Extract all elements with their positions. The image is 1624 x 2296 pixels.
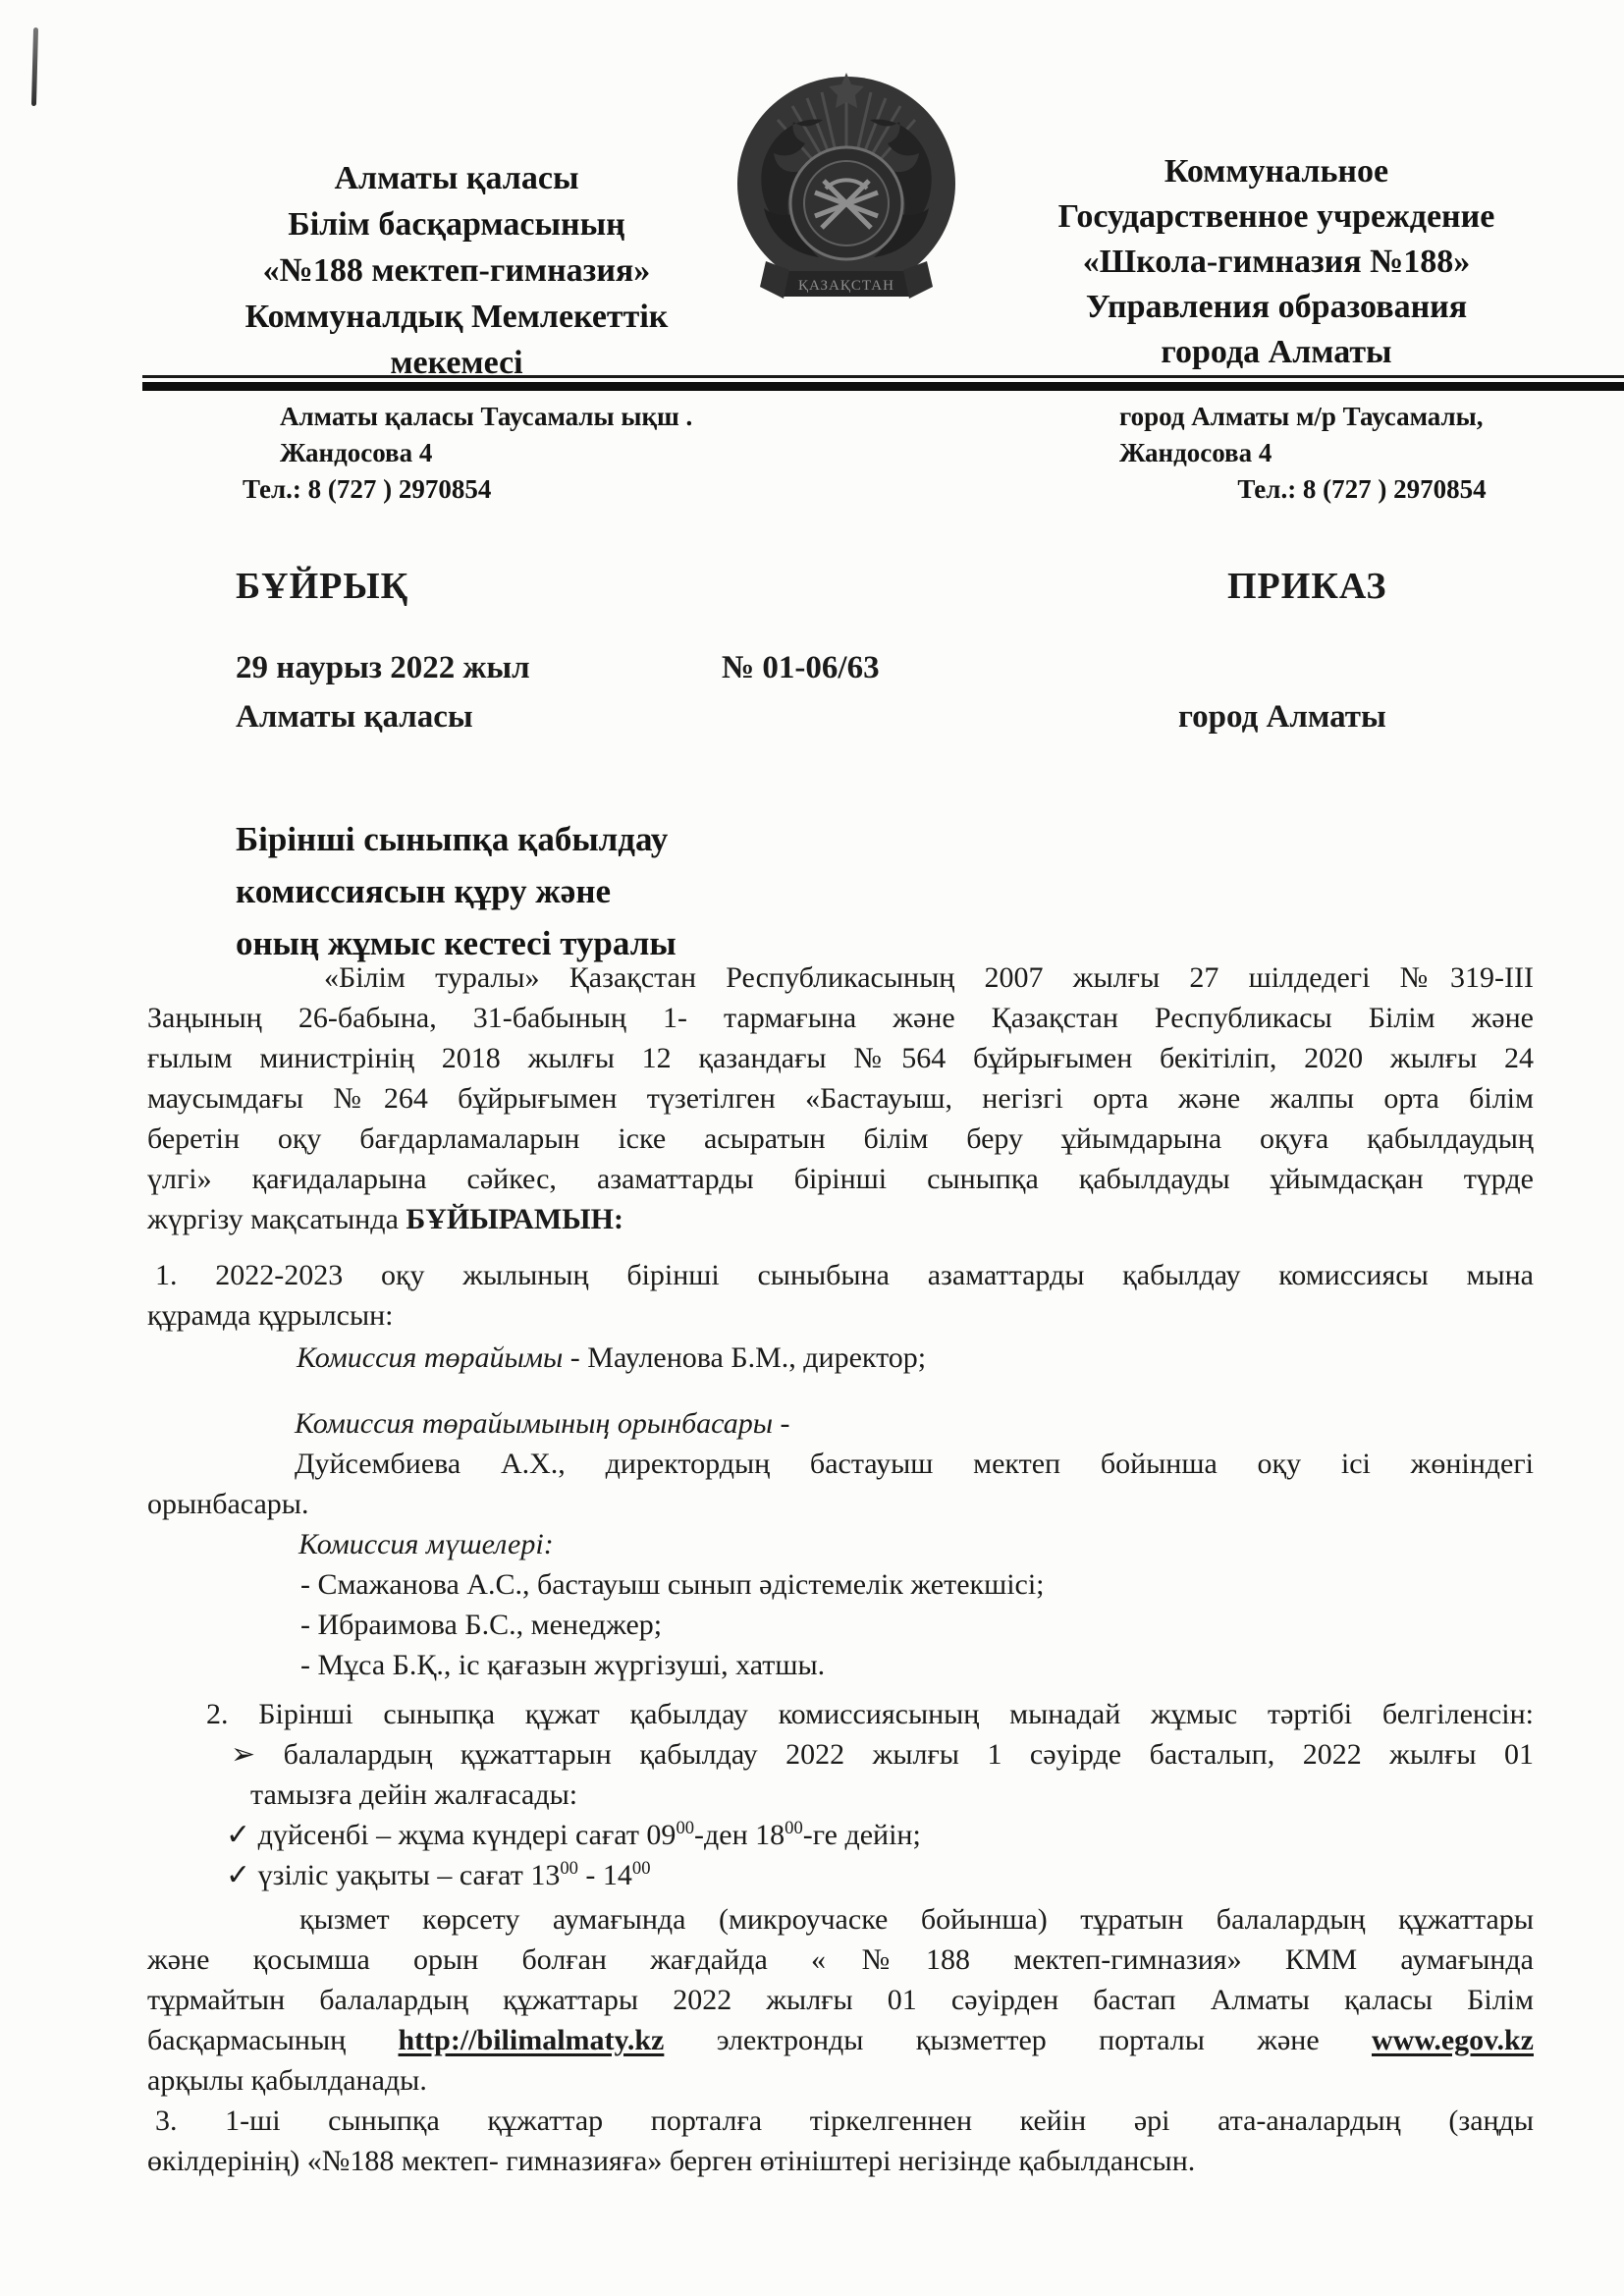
schedule-check-line: ✓ дүйсенбі – жұма күндері сағат 0900-ден… (147, 1815, 1534, 1855)
deputy-label-line: Комиссия төрайымының орынбасары - (147, 1403, 1534, 1444)
portal-link-bilimalmaty: http://bilimalmaty.kz (399, 2024, 665, 2056)
intro-line: жүргізу мақсатында БҰЙЫРАМЫН: (147, 1199, 1534, 1239)
pen-mark (31, 27, 38, 106)
org-name-line: «№188 мектеп-гимназия» (211, 247, 702, 294)
order-subject: Бірінші сыныпқа қабылдау комиссиясын құр… (236, 813, 677, 969)
header-divider (142, 375, 1624, 391)
intro-line: «Білім туралы» Қазақстан Республикасының… (147, 957, 1534, 998)
chair-label: Комиссия төрайымы - (297, 1341, 580, 1374)
org-name-line: города Алматы (1046, 330, 1507, 375)
phone-line: Тел.: 8 (727 ) 2970854 (1119, 471, 1604, 508)
org-name-line: Коммуналдық Мемлекеттік (211, 294, 702, 340)
address-russian: город Алматы м/р Таусамалы, Жандосова 4 … (1119, 399, 1604, 508)
members-label-line: Комиссия мүшелері: (147, 1524, 1534, 1564)
org-name-line: Алматы қаласы (211, 155, 702, 201)
subject-line: Бірінші сыныпқа қабылдау (236, 813, 677, 865)
deputy-line: Дуйсембиева А.Х., директордың бастауыш м… (147, 1444, 1534, 1484)
org-name-line: Білім басқармасының (211, 201, 702, 247)
member-item: - Смажанова А.С., бастауыш сынып әдістем… (147, 1564, 1534, 1605)
intro-line: Заңының 26-бабына, 31-бабының 1- тармағы… (147, 998, 1534, 1038)
period-line: ➢ балалардың құжаттарын қабылдау 2022 жы… (147, 1734, 1534, 1775)
item1-line: 1. 2022-2023 оқу жылының бірінші сыныбын… (147, 1255, 1534, 1295)
order-city-kazakh: Алматы қаласы (236, 699, 473, 736)
portal-line: арқылы қабылданады. (147, 2060, 1534, 2101)
intro-line: беретін оқу бағдарламаларын іске асыраты… (147, 1119, 1534, 1159)
item3-line: өкілдерінің) «№188 мектеп- гимназияға» б… (147, 2141, 1534, 2181)
order-city-russian: город Алматы (1178, 699, 1386, 736)
order-heading-russian: ПРИКАЗ (1227, 565, 1386, 608)
org-name-line: Управления образования (1046, 285, 1507, 330)
intro-line: маусымдағы №264 бұйрығымен түзетілген «Б… (147, 1078, 1534, 1119)
item2-line: 2. Бірінші сыныпқа құжат қабылдау комисс… (147, 1694, 1534, 1734)
org-name-line: Государственное учреждение (1046, 194, 1507, 240)
deputy-line: орынбасары. (147, 1484, 1534, 1524)
scanned-order-document: Алматы қаласы Білім басқармасының «№188 … (0, 0, 1624, 2296)
order-body: «Білім туралы» Қазақстан Республикасының… (147, 957, 1534, 2181)
org-name-kazakh: Алматы қаласы Білім басқармасының «№188 … (211, 155, 702, 386)
member-item: - Мұса Б.Қ., іс қағазын жүргізуші, хатшы… (147, 1645, 1534, 1685)
address-kazakh: Алматы қаласы Таусамалы ықш . Жандосова … (243, 399, 832, 508)
order-date: 29 наурыз 2022 жыл (236, 650, 530, 686)
portal-line: басқармасының http://bilimalmaty.kz элек… (147, 2020, 1534, 2060)
kazakhstan-emblem-icon: ҚАЗАҚСТАН (729, 61, 964, 306)
intro-line: үлгі» қағидаларына сәйкес, азаматтарды б… (147, 1159, 1534, 1199)
intro-line: ғылым министрінің 2018 жылғы 12 қазандағ… (147, 1038, 1534, 1078)
phone-line: Тел.: 8 (727 ) 2970854 (243, 471, 832, 508)
emblem-caption: ҚАЗАҚСТАН (798, 278, 894, 294)
org-name-russian: Коммунальное Государственное учреждение … (1046, 149, 1507, 375)
portal-line: қызмет көрсету аумағында (микроучаске бо… (147, 1899, 1534, 1940)
item3-line: 3. 1-ші сыныпқа құжаттар порталға тіркел… (147, 2101, 1534, 2141)
org-name-line: Коммунальное (1046, 149, 1507, 194)
chair-value: Мауленова Б.М., директор; (580, 1341, 926, 1374)
org-name-line: «Школа-гимназия №188» (1046, 240, 1507, 285)
schedule-check-line: ✓ үзіліс уақыты – сағат 1300 - 1400 (147, 1855, 1534, 1895)
portal-line: тұрмайтын балалардың құжаттары 2022 жылғ… (147, 1980, 1534, 2020)
item1-line: құрамда құрылсын: (147, 1295, 1534, 1336)
address-line: Алматы қаласы Таусамалы ықш . Жандосова … (243, 399, 832, 471)
order-verb: БҰЙЫРАМЫН: (406, 1203, 623, 1235)
member-item: - Ибраимова Б.С., менеджер; (147, 1605, 1534, 1645)
period-line: тамызға дейін жалғасады: (147, 1775, 1534, 1815)
subject-line: комиссиясын құру және (236, 865, 677, 917)
order-number: № 01-06/63 (722, 650, 880, 686)
commission-chair-line: Комиссия төрайымы - Мауленова Б.М., дире… (147, 1338, 1534, 1378)
address-line: город Алматы м/р Таусамалы, Жандосова 4 (1119, 399, 1604, 471)
portal-line: және қосымша орын болған жағдайда «№188 … (147, 1940, 1534, 1980)
order-heading-kazakh: БҰЙРЫҚ (236, 565, 408, 608)
portal-link-egov: www.egov.kz (1372, 2024, 1534, 2056)
